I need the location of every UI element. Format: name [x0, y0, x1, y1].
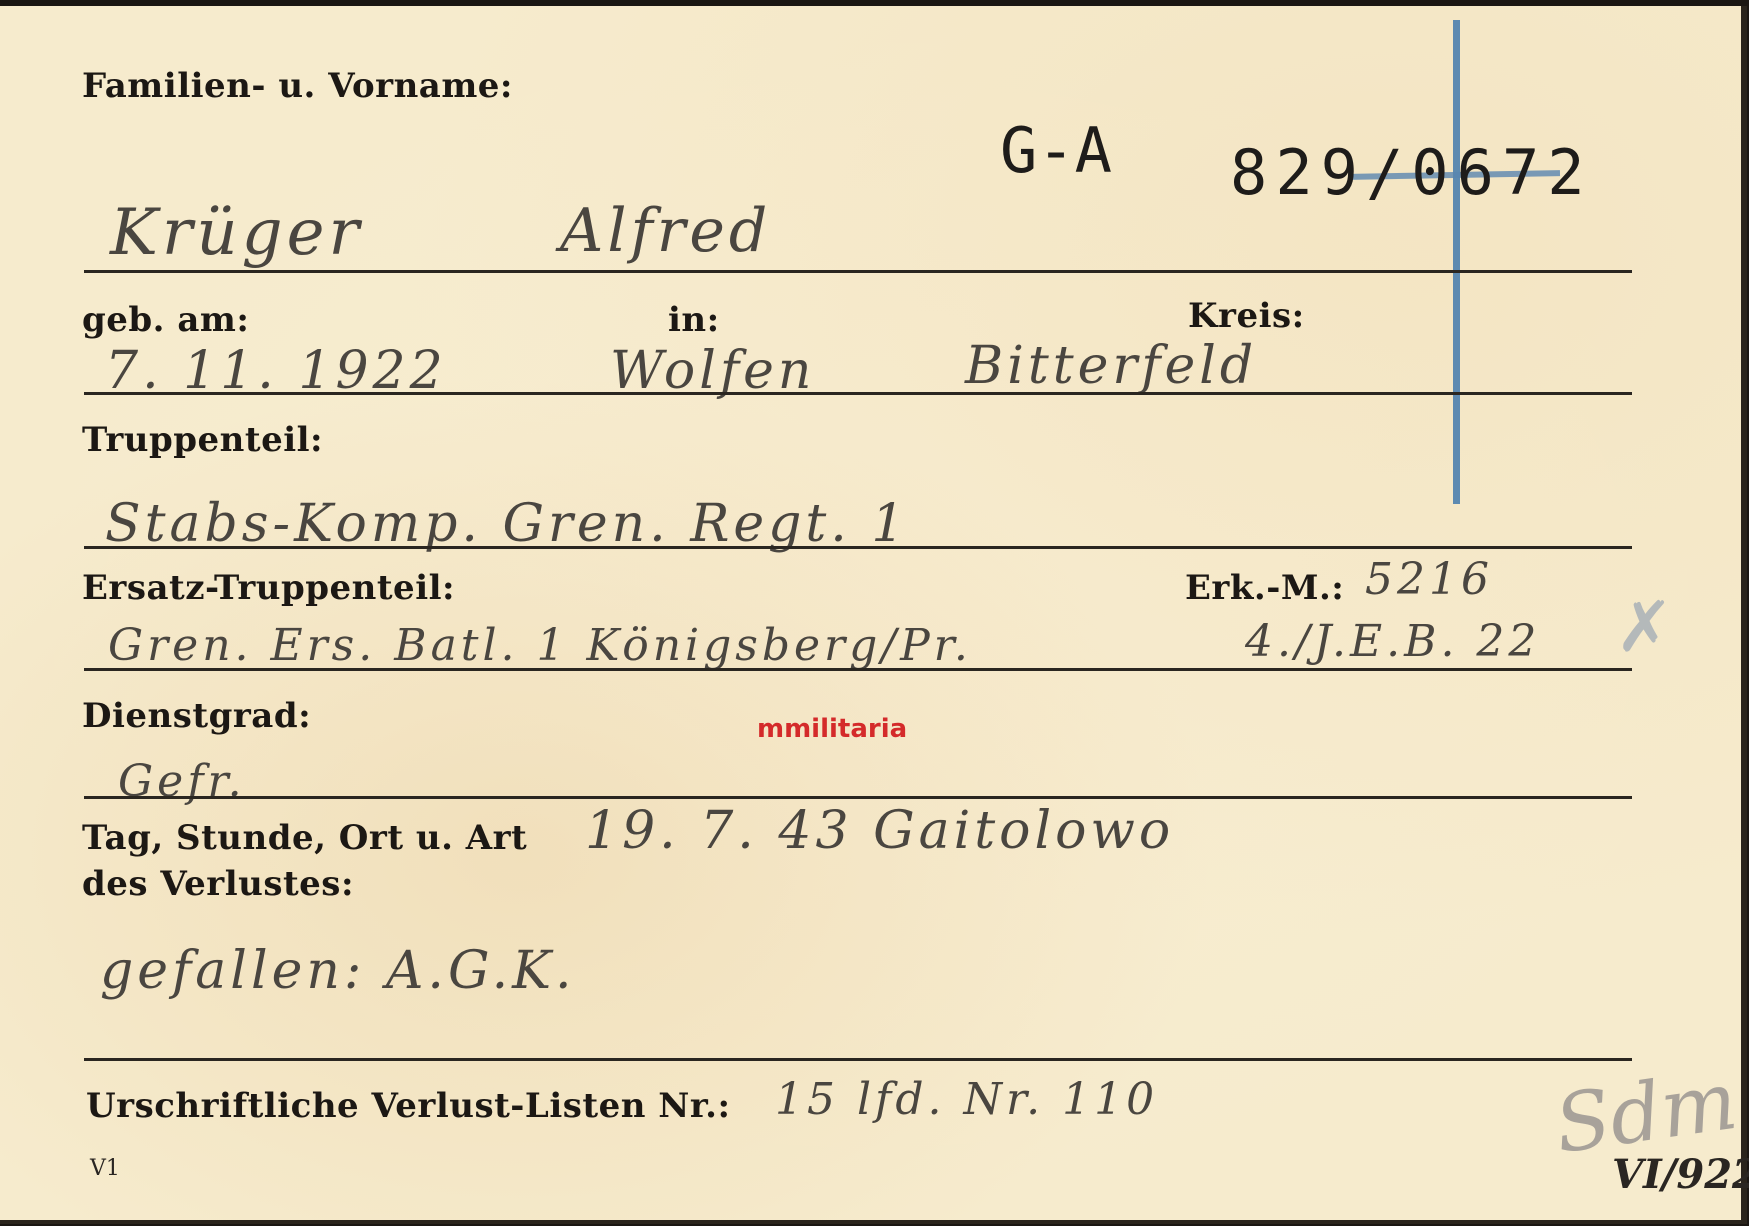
rank-label: Dienstgrad: [82, 696, 311, 736]
born-on-label: geb. am: [82, 300, 249, 340]
id-tag-value: 5216 [1365, 554, 1493, 605]
unit-label: Truppenteil: [82, 420, 323, 460]
surname-value: Krüger [110, 196, 363, 270]
loss-label-line1: Tag, Stunde, Ort u. Art [82, 818, 527, 858]
corner-code: VI/922 [1612, 1151, 1749, 1198]
rule-loss [84, 1058, 1632, 1061]
loss-detail-value: gefallen: A.G.K. [100, 941, 576, 1001]
loss-label-line2: des Verlustes: [82, 864, 354, 904]
rule-replacement [84, 668, 1632, 671]
district-label: Kreis: [1188, 296, 1305, 336]
rule-name [84, 270, 1632, 273]
loss-date-place-value: 19. 7. 43 Gaitolowo [585, 801, 1174, 861]
id-tag-label: Erk.-M.: [1185, 568, 1344, 608]
blue-pencil-vertical-stroke [1453, 20, 1460, 504]
casualty-index-card: Familien- u. Vorname: G-A 829/0672 Krüge… [0, 6, 1747, 1224]
replacement-unit-label: Ersatz-Truppenteil: [82, 568, 455, 608]
unit-value: Stabs-Komp. Gren. Regt. 1 [105, 494, 908, 554]
form-code: V1 [90, 1156, 120, 1181]
loss-list-label: Urschriftliche Verlust-Listen Nr.: [86, 1086, 731, 1126]
stamp-number: 829/0672 [1230, 136, 1593, 209]
name-label: Familien- u. Vorname: [82, 66, 513, 106]
district-value: Bitterfeld [965, 336, 1257, 396]
replacement-unit-extra: 4./J.E.B. 22 [1245, 616, 1540, 667]
stamp-prefix: G-A [1000, 114, 1112, 187]
rule-rank [84, 796, 1632, 799]
first-name-value: Alfred [560, 196, 771, 266]
pencil-cross-mark: ✗ [1615, 586, 1674, 668]
born-in-label: in: [668, 300, 720, 340]
rule-birth [84, 392, 1632, 395]
loss-list-value: 15 lfd. Nr. 110 [775, 1074, 1158, 1125]
rank-value: Gefr. [118, 756, 246, 807]
rule-unit [84, 546, 1632, 549]
watermark: mmilitaria [757, 714, 907, 744]
replacement-unit-value: Gren. Ers. Batl. 1 Königsberg/Pr. [108, 620, 972, 671]
